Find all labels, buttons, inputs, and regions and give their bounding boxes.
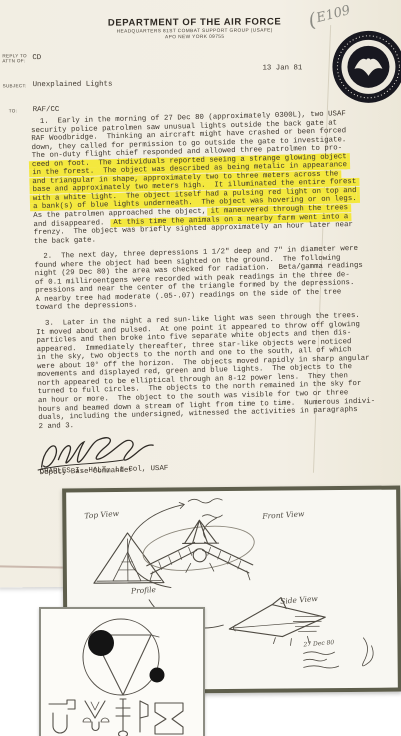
scrawl-signature	[362, 638, 373, 666]
glyph-row	[49, 699, 183, 736]
profile-label: Profile	[131, 585, 157, 596]
reply-to-value: CD	[32, 54, 41, 62]
memo-body: 1. Early in the morning of 27 Dec 80 (ap…	[31, 109, 401, 478]
angular-hourglass-glyph	[155, 703, 183, 734]
reply-to-label: REPLY TO ATTN OF:	[2, 53, 27, 64]
subject-label: SUBJECT:	[3, 83, 27, 88]
filled-disc-large	[88, 630, 114, 656]
subject-value: Unexplained Lights	[33, 81, 113, 90]
illegible-note-2	[202, 515, 222, 518]
illegible-note-1	[188, 499, 222, 504]
air-force-seal-icon	[330, 29, 401, 106]
symbol-sketches	[41, 609, 203, 736]
memo-date: 13 Jan 81	[262, 64, 302, 72]
memo-paragraph: 2. The next day, three depressions 1 1/2…	[34, 244, 399, 313]
sketch-page-symbols	[39, 607, 205, 736]
to-label: TO:	[9, 108, 18, 113]
flag-glyph	[140, 701, 148, 732]
arrow-y-glyph	[83, 701, 109, 731]
signature-block: CHARLES I. HALT, Lt Col, USAF Deputy Bas…	[33, 427, 401, 478]
memo-paragraph: 3. Later in the night a red sun-like lig…	[36, 311, 401, 431]
memo-paragraphs: 1. Early in the morning of 27 Dec 80 (ap…	[31, 109, 401, 431]
memo-paragraph: 1. Early in the morning of 27 Dec 80 (ap…	[31, 109, 398, 246]
cross-staff-glyph	[116, 699, 130, 736]
to-value: RAF/CC	[33, 106, 60, 114]
craft-side-view-drawing	[229, 597, 325, 646]
circle-triangle-emblem	[83, 619, 165, 695]
scanned-document: DEPARTMENT OF THE AIR FORCE HEADQUARTERS…	[0, 0, 401, 736]
hook-glyph	[49, 700, 75, 733]
filled-disc-small	[150, 668, 165, 683]
